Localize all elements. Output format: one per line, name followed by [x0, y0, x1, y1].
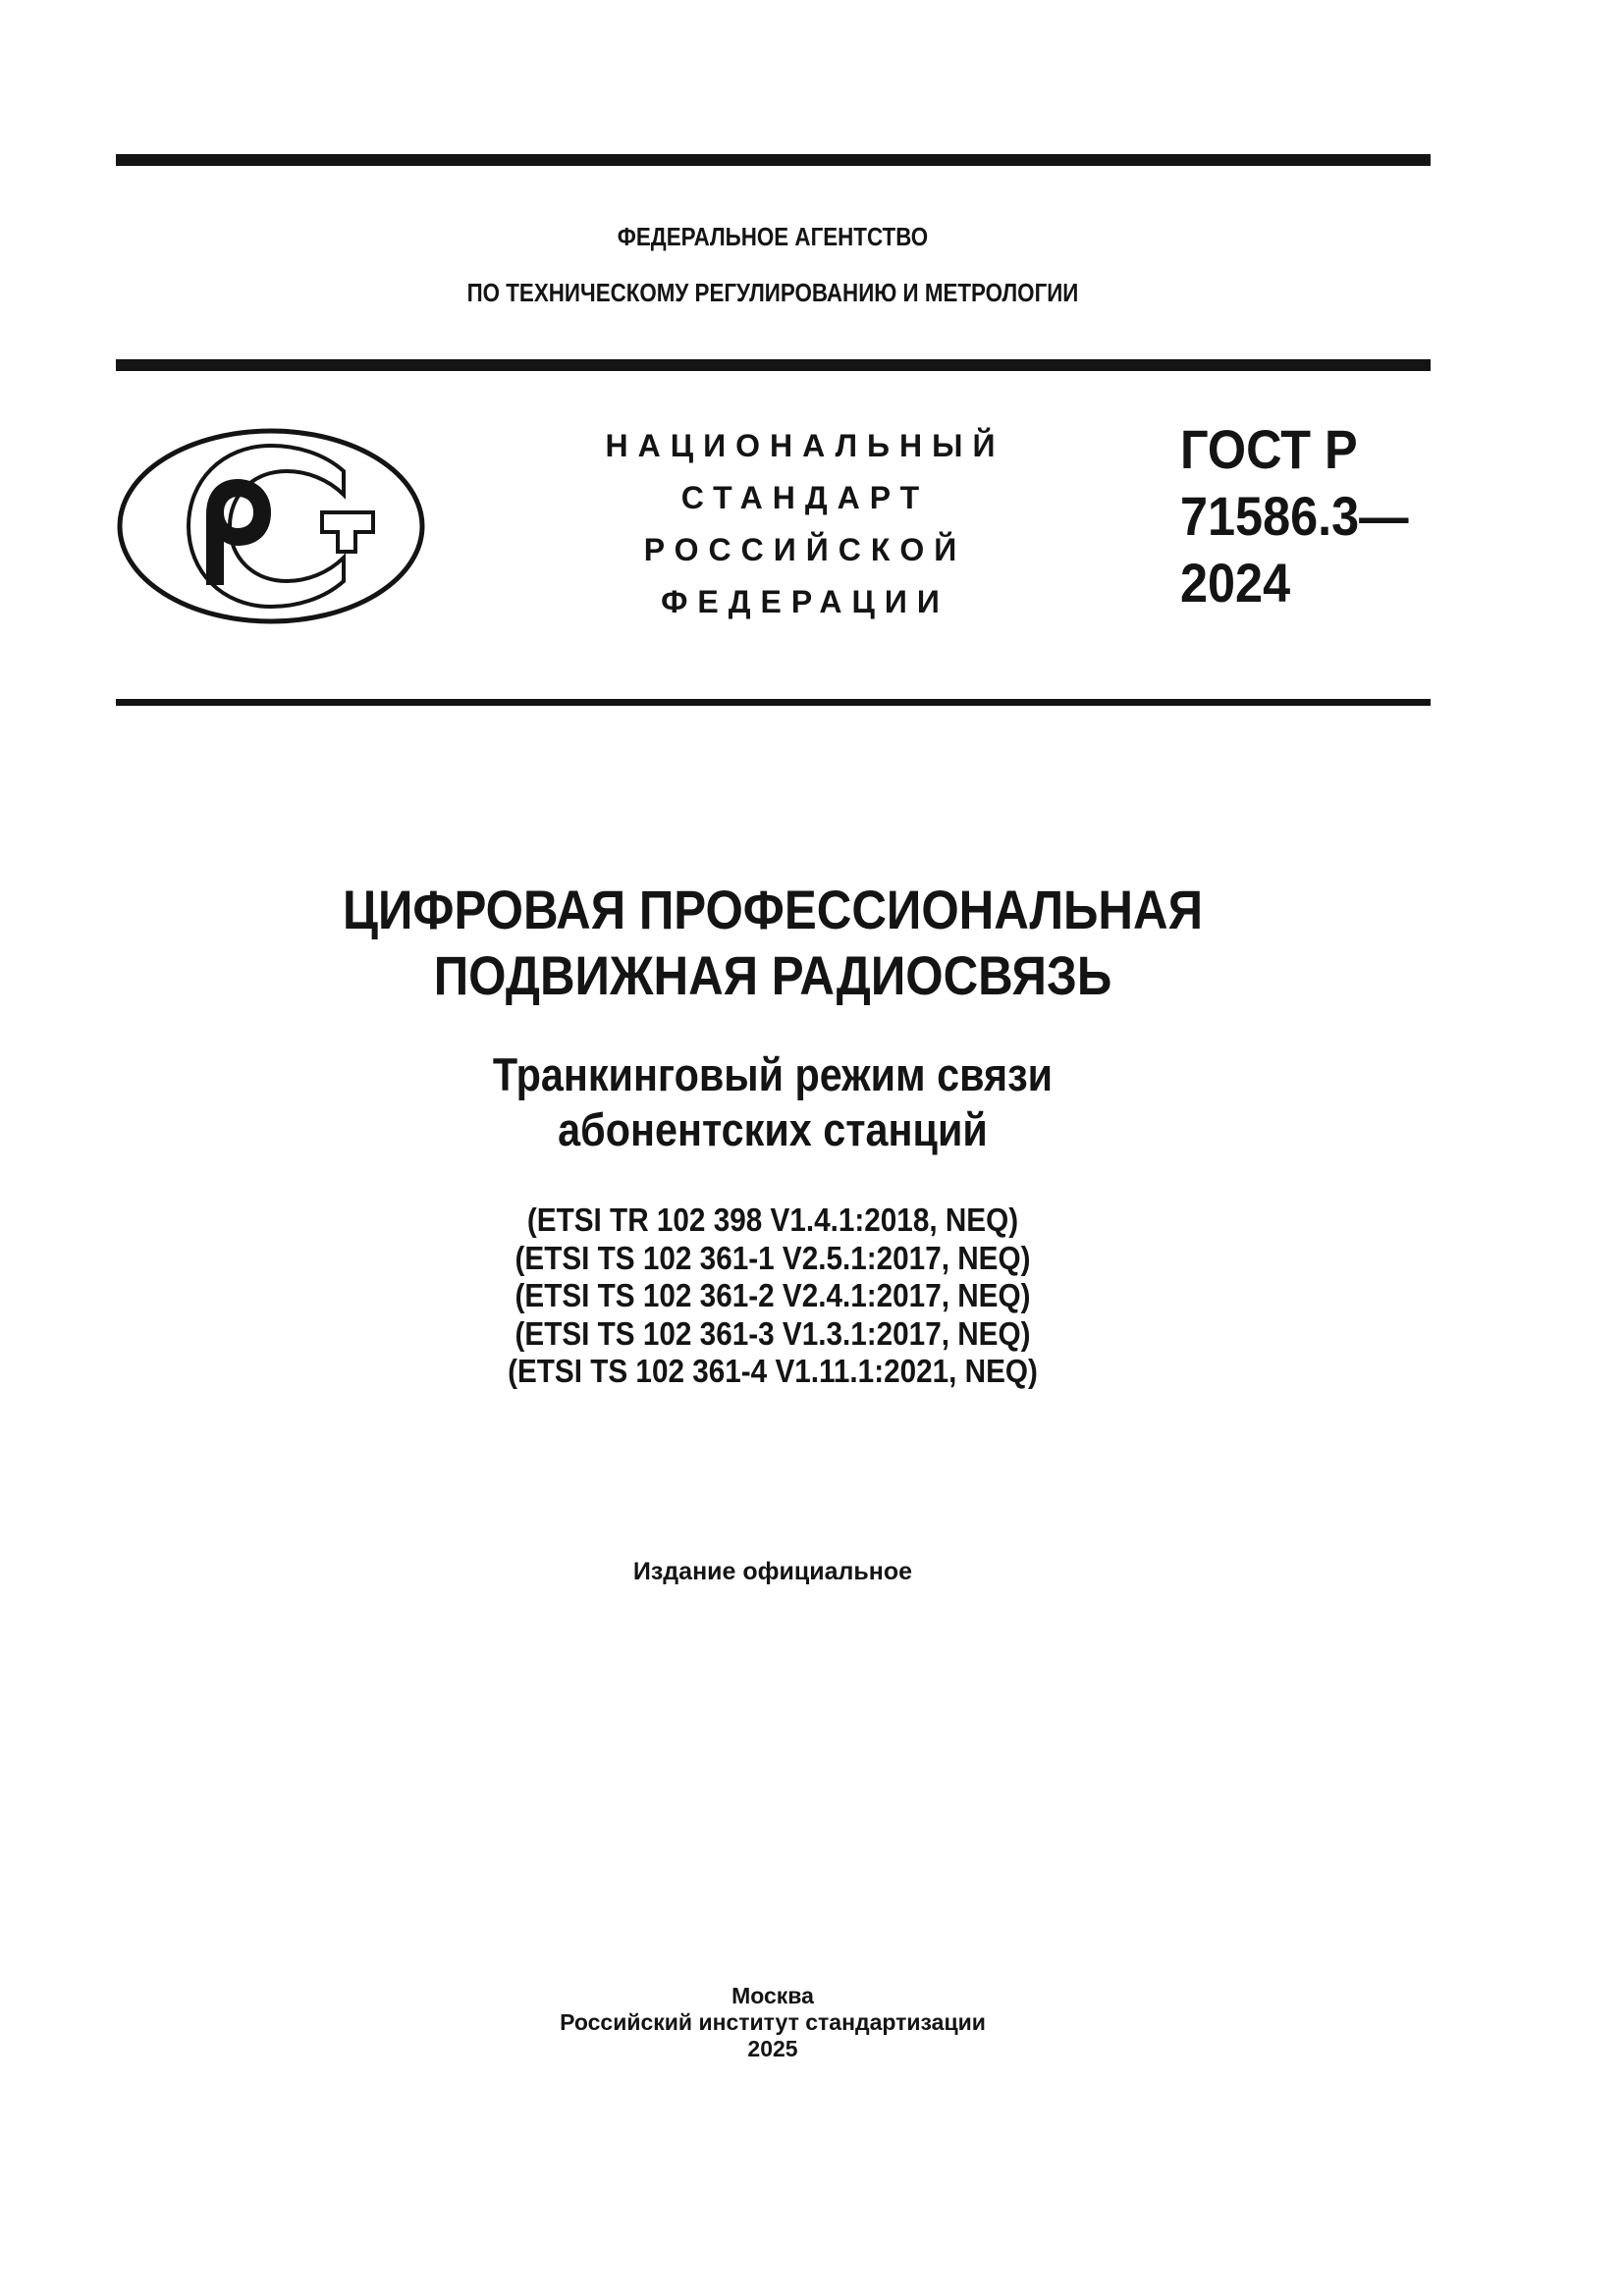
- reference-item: (ETSI TS 102 361-3 V1.3.1:2017, NEQ): [78, 1315, 1469, 1354]
- subtitle-line: абонентских станций: [92, 1102, 1452, 1157]
- national-standard-line: РОССИЙСКОЙ: [589, 530, 1021, 582]
- reference-list: (ETSI TR 102 398 V1.4.1:2018, NEQ) (ETSI…: [0, 1201, 1545, 1391]
- reference-item: (ETSI TS 102 361-4 V1.11.1:2021, NEQ): [78, 1353, 1469, 1391]
- top-rule: [116, 154, 1431, 166]
- national-standard-line: ФЕДЕРАЦИИ: [589, 582, 1021, 634]
- reference-item: (ETSI TS 102 361-2 V2.4.1:2017, NEQ): [78, 1277, 1469, 1315]
- imprint-publisher: Российский институт стандартизации: [0, 2009, 1545, 2036]
- title-line: ПОДВИЖНАЯ РАДИОСВЯЗЬ: [92, 942, 1452, 1008]
- designation-line: 71586.3—: [1180, 483, 1409, 550]
- header-rule: [116, 359, 1431, 371]
- edition-label: Издание официальное: [0, 1557, 1545, 1586]
- rst-certification-mark-icon: [114, 424, 428, 630]
- agency-name-line-1: ФЕДЕРАЛЬНОЕ АГЕНТСТВО: [108, 224, 1437, 249]
- imprint-year: 2025: [0, 2036, 1545, 2062]
- designation-line: ГОСТ Р: [1180, 416, 1409, 483]
- reference-item: (ETSI TS 102 361-1 V2.5.1:2017, NEQ): [78, 1240, 1469, 1278]
- document-subtitle: Транкинговый режим связи абонентских ста…: [0, 1047, 1545, 1157]
- standard-designation: ГОСТ Р 71586.3— 2024: [1180, 416, 1434, 616]
- reference-item: (ETSI TR 102 398 V1.4.1:2018, NEQ): [78, 1201, 1469, 1240]
- imprint: Москва Российский институт стандартизаци…: [0, 1983, 1545, 2062]
- document-title: ЦИФРОВАЯ ПРОФЕССИОНАЛЬНАЯ ПОДВИЖНАЯ РАДИ…: [0, 877, 1545, 1008]
- title-line: ЦИФРОВАЯ ПРОФЕССИОНАЛЬНАЯ: [92, 877, 1452, 942]
- subtitle-line: Транкинговый режим связи: [92, 1047, 1452, 1102]
- designation-line: 2024: [1180, 550, 1409, 616]
- imprint-city: Москва: [0, 1983, 1545, 2009]
- national-standard-line: СТАНДАРТ: [589, 478, 1021, 530]
- section-rule: [116, 699, 1431, 706]
- agency-name-line-2: ПО ТЕХНИЧЕСКОМУ РЕГУЛИРОВАНИЮ И МЕТРОЛОГ…: [108, 280, 1437, 305]
- national-standard-label: НАЦИОНАЛЬНЫЙ СТАНДАРТ РОССИЙСКОЙ ФЕДЕРАЦ…: [589, 426, 1021, 634]
- national-standard-line: НАЦИОНАЛЬНЫЙ: [589, 426, 1021, 478]
